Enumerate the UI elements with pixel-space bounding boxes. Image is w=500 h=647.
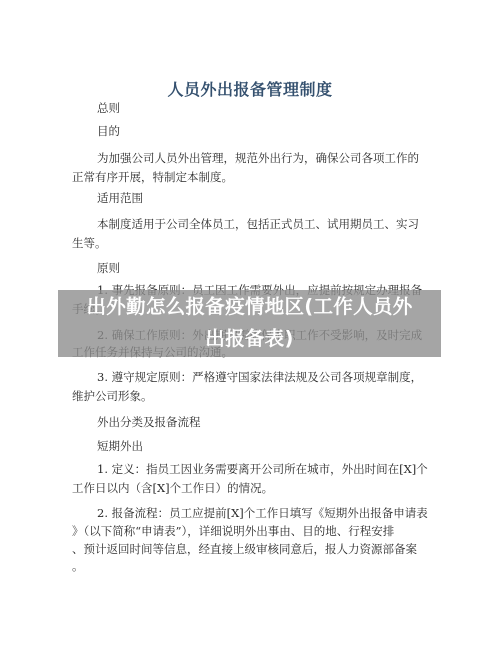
text-line: 工作日以内（含[X]个工作日）的情况。 xyxy=(72,481,273,495)
text-line: 维护公司形象。 xyxy=(72,389,153,403)
text-line: 2. 报备流程：员工应提前[X]个工作日填写《短期外出报备申请表 xyxy=(97,506,428,520)
text-line: 目的 xyxy=(97,124,120,138)
text-line: 短期外出 xyxy=(97,439,143,453)
text-line: 为加强公司人员外出管理，规范外出行为，确保公司各项工作的 xyxy=(97,151,419,165)
document-title: 人员外出报备管理制度 xyxy=(0,77,500,100)
text-line: 1. 定义：指员工因业务需要离开公司所在城市，外出时间在[X]个 xyxy=(97,462,428,476)
text-line: 、预计返回时间等信息，经直接上级审核同意后，报人力资源部备案 xyxy=(72,542,417,556)
text-line: 。 xyxy=(72,559,84,573)
caption-overlay-text: 出外勤怎么报备疫情地区(工作人员外 出报备表) xyxy=(58,291,441,355)
text-line: 总则 xyxy=(97,101,120,115)
text-line: 3. 遵守规定原则：严格遵守国家法律法规及公司各项规章制度， xyxy=(97,370,422,384)
caption-line-1: 出外勤怎么报备疫情地区(工作人员外 xyxy=(58,291,441,323)
text-line: 本制度适用于公司全体员工，包括正式员工、试用期员工、实习 xyxy=(97,217,419,231)
text-line: 原则 xyxy=(97,261,120,275)
caption-line-2: 出报备表) xyxy=(58,323,441,355)
text-line: 适用范围 xyxy=(97,191,143,205)
text-line: 生等。 xyxy=(72,236,107,250)
text-line: 》（以下简称“申请表”），详细说明外出事由、目的地、行程安排 xyxy=(72,524,394,538)
text-line: 正常有序开展，特制定本制度。 xyxy=(72,170,233,184)
text-line: 外出分类及报备流程 xyxy=(97,415,201,429)
document-page: 人员外出报备管理制度 总则目的为加强公司人员外出管理，规范外出行为，确保公司各项… xyxy=(0,0,500,647)
